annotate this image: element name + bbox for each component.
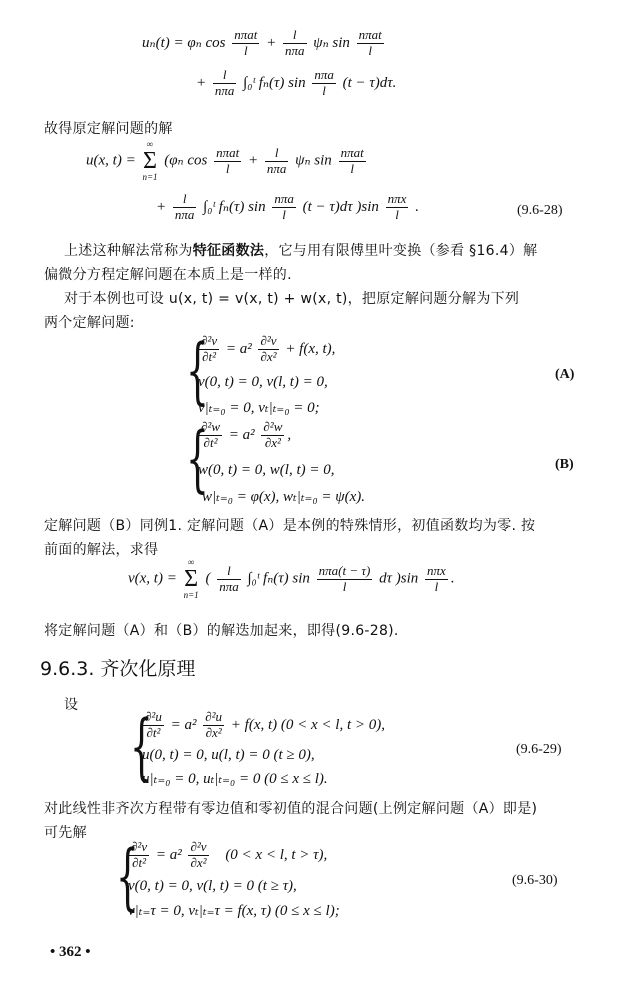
paren: ( [205, 570, 210, 586]
system-a-line1: ∂²v∂t² = a² ∂²v∂x² + f(x, t), [196, 334, 335, 365]
text: = a² [229, 427, 255, 443]
text: = a² [156, 847, 182, 863]
summation-icon: ∞ Σ n=1 [142, 140, 157, 182]
un-tail: (t − τ)dτ. [343, 75, 397, 91]
plus-sign: + [156, 199, 166, 215]
text: + f(x, t), [285, 341, 335, 357]
paragraph-problem-b-line2: 前面的解法，求得 [44, 539, 158, 559]
paragraph-eigenfunction-method-line2: 偏微分方程定解问题在本质上是一样的. [44, 264, 292, 284]
fraction: lnπa [213, 68, 237, 99]
system-a-label: (A) [555, 367, 574, 383]
system-b-label: (B) [555, 457, 574, 473]
fraction: ∂²u∂x² [203, 710, 224, 741]
text: = a² [171, 717, 197, 733]
equation-un-line2: + lnπa ∫₀ᵗ fₙ(τ) sin nπal (t − τ)dτ. [196, 68, 396, 99]
equation-9-6-28-line2: + lnπa ∫₀ᵗ fₙ(τ) sin nπal (t − τ)dτ )sin… [156, 192, 419, 223]
plus-sign: + [196, 75, 206, 91]
paragraph-let: 设 [64, 694, 78, 714]
text: 上述这种解法常称为 [64, 243, 193, 259]
fraction: ∂²u∂t² [143, 710, 164, 741]
fraction: nπxl [425, 564, 448, 595]
integral-expression: ∫₀ᵗ fₙ(τ) sin [203, 199, 265, 215]
equation-9-6-30-line1: ∂²v∂t² = a² ∂²v∂x² (0 < x < l, t > τ), [126, 840, 327, 871]
eq28-lhs: u(x, t) = [86, 152, 136, 168]
equation-9-6-30-line3: v|ₜ₌τ = 0, vₜ|ₜ₌τ = f(x, τ) (0 ≤ x ≤ l); [128, 901, 340, 920]
equation-9-6-29-line2: u(0, t) = 0, u(l, t) = 0 (t ≥ 0), [142, 747, 315, 764]
fraction: lnπa [283, 28, 307, 59]
text: (0 < x < l, t > τ), [225, 847, 327, 863]
text: dτ )sin [379, 570, 418, 586]
fraction: ∂²v∂t² [129, 840, 149, 871]
equation-un-line1: uₙ(t) = φₙ cos nπatl + lnπa ψₙ sin nπatl [142, 28, 387, 59]
fraction: ∂²v∂x² [188, 840, 208, 871]
paragraph-nonhomogeneous: 对此线性非齐次方程带有零边值和零初值的混合问题(上例定解问题（A）即是) [44, 798, 537, 818]
paragraph-decomposition: 对于本例也可设 u(x, t) = v(x, t) + w(x, t)，把原定解… [64, 288, 519, 308]
fraction: nπatl [232, 28, 259, 59]
eq28-part: (t − τ)dτ )sin [303, 199, 379, 215]
bold-term: 特征函数法 [193, 243, 265, 259]
equation-9-6-29-line1: ∂²u∂t² = a² ∂²u∂x² + f(x, t) (0 < x < l,… [140, 710, 385, 741]
integral-expression: ∫₀ᵗ fₙ(τ) sin [243, 75, 305, 91]
equation-9-6-30-line2: v(0, t) = 0, v(l, t) = 0 (t ≥ τ), [128, 878, 297, 895]
text: = a² [226, 341, 252, 357]
fraction: lnπa [265, 146, 289, 177]
text: , [287, 427, 291, 443]
equation-number-9-6-30: (9.6-30) [512, 873, 558, 889]
text: v(x, t) = [128, 570, 177, 586]
integral-expression: ∫₀ᵗ fₙ(τ) sin [247, 570, 309, 586]
fraction: lnπa [217, 564, 241, 595]
fraction: ∂²w∂t² [199, 420, 222, 451]
paragraph-solution-intro: 故得原定解问题的解 [44, 118, 173, 138]
text: ，它与用有限傅里叶变换（参看 §16.4）解 [264, 243, 537, 259]
system-b-line3: w|ₜ₌₀ = φ(x), wₜ|ₜ₌₀ = ψ(x). [202, 487, 365, 506]
paragraph-decomposition-line2: 两个定解问题: [44, 312, 135, 332]
equation-v-solution: v(x, t) = ∞ Σ n=1 ( lnπa ∫₀ᵗ fₙ(τ) sin n… [128, 558, 455, 600]
fraction: nπa(t − τ)l [317, 564, 373, 595]
equation-number-9-6-29: (9.6-29) [516, 742, 562, 758]
equation-9-6-29-line3: u|ₜ₌₀ = 0, uₜ|ₜ₌₀ = 0 (0 ≤ x ≤ l). [142, 769, 328, 788]
fraction: nπxl [386, 192, 409, 223]
plus-sign: + [266, 35, 276, 51]
fraction: ∂²v∂t² [199, 334, 219, 365]
fraction: ∂²v∂x² [258, 334, 278, 365]
section-heading: 9.6.3. 齐次化原理 [40, 654, 195, 681]
system-a-line3: v|ₜ₌₀ = 0, vₜ|ₜ₌₀ = 0; [198, 398, 320, 417]
eq28-part: ψₙ sin [295, 152, 332, 168]
paragraph-nonhomogeneous-line2: 可先解 [44, 822, 87, 842]
fraction: nπatl [339, 146, 366, 177]
fraction: nπal [312, 68, 336, 99]
period: . [415, 199, 419, 215]
equation-9-6-28-line1: u(x, t) = ∞ Σ n=1 (φₙ cos nπatl + lnπa ψ… [86, 140, 369, 182]
paragraph-problem-b: 定解问题（B）同例1. 定解问题（A）是本例的特殊情形，初值函数均为零. 按 [44, 515, 535, 535]
fraction: lnπa [173, 192, 197, 223]
fraction: ∂²w∂x² [261, 420, 284, 451]
period: . [451, 570, 455, 586]
un-lhs: uₙ(t) = φₙ cos [142, 35, 225, 51]
equation-number-9-6-28: (9.6-28) [517, 203, 563, 219]
fraction: nπal [272, 192, 296, 223]
paragraph-superposition: 将定解问题（A）和（B）的解迭加起来，即得(9.6-28). [44, 620, 399, 640]
un-mid: ψₙ sin [313, 35, 350, 51]
eq28-part: (φₙ cos [164, 152, 207, 168]
text: + f(x, t) (0 < x < l, t > 0), [231, 717, 385, 733]
fraction: nπatl [214, 146, 241, 177]
page-number: • 362 • [50, 944, 91, 961]
system-a-line2: v(0, t) = 0, v(l, t) = 0, [198, 374, 328, 391]
summation-icon: ∞ Σ n=1 [184, 558, 199, 600]
plus-sign: + [248, 152, 258, 168]
fraction: nπatl [357, 28, 384, 59]
system-b-line1: ∂²w∂t² = a² ∂²w∂x², [196, 420, 291, 451]
system-b-line2: w(0, t) = 0, w(l, t) = 0, [198, 462, 335, 479]
paragraph-eigenfunction-method: 上述这种解法常称为特征函数法，它与用有限傅里叶变换（参看 §16.4）解 [64, 240, 537, 260]
